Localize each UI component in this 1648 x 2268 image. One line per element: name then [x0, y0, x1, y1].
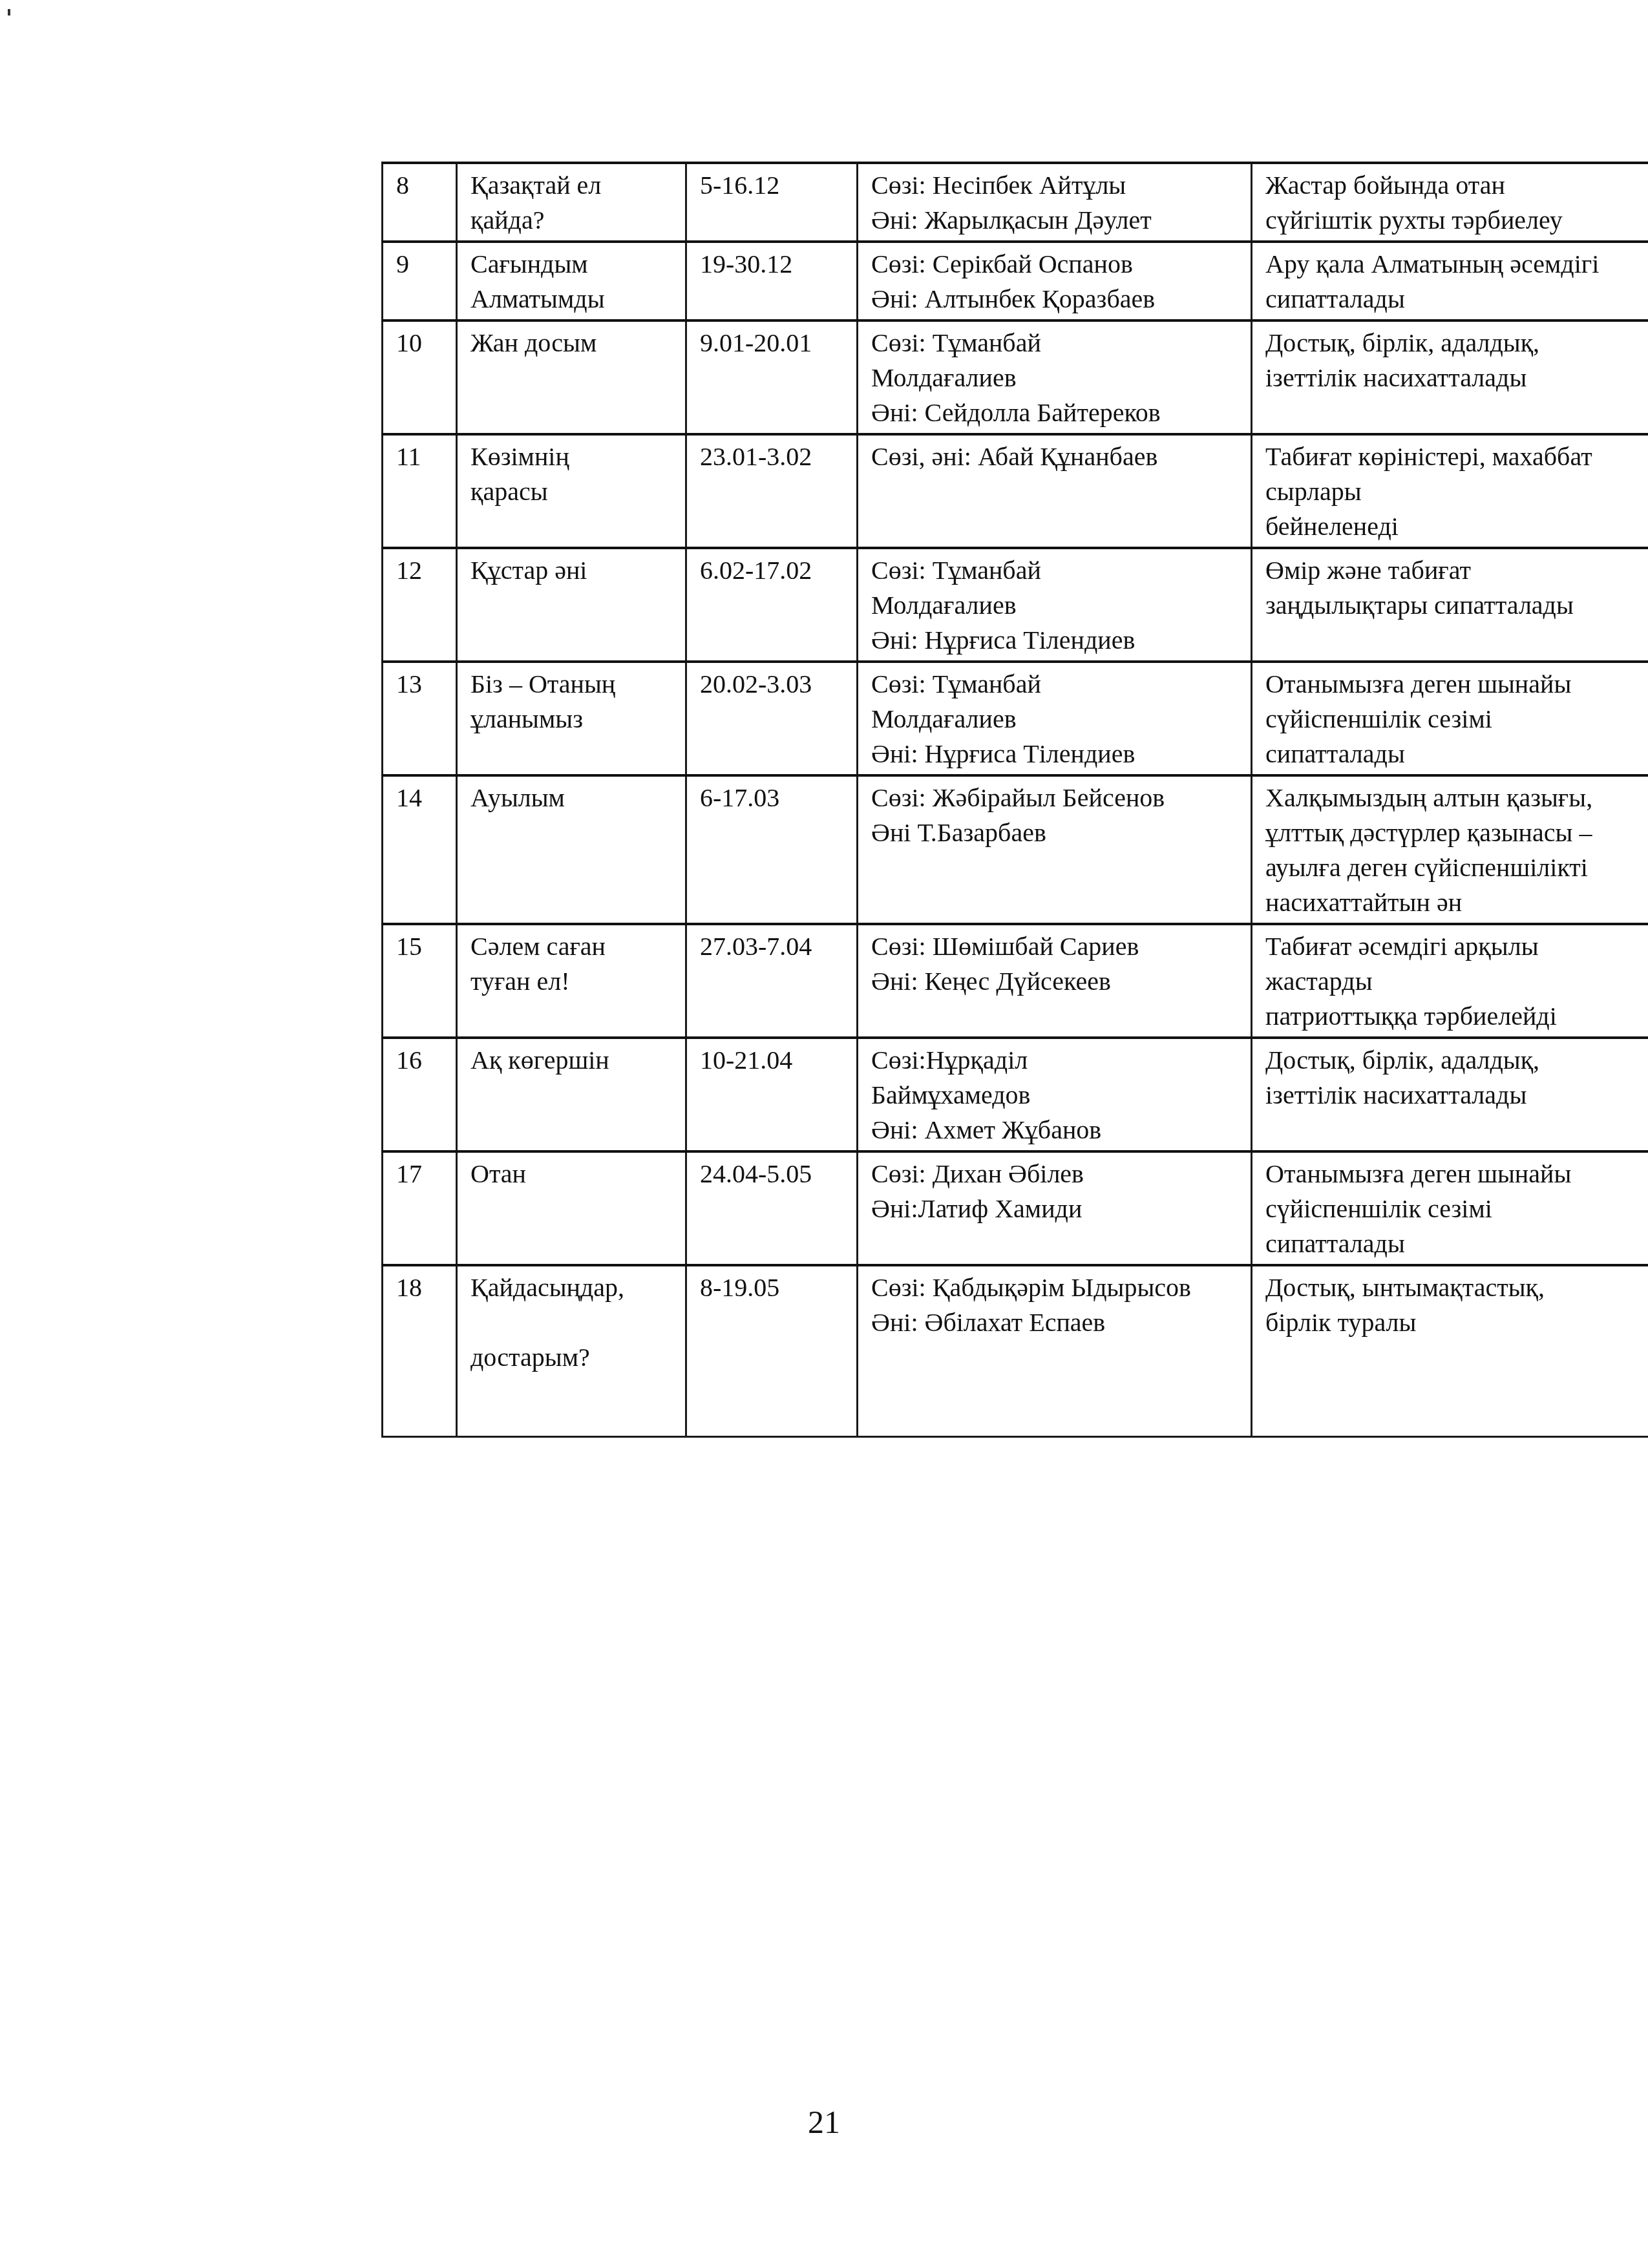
- song-authors-cell: Сөзі: Тұманбай Молдағалиев Әні: Нұрғиса …: [858, 548, 1252, 662]
- song-description-cell: Достық, ынтымақтастық, бірлік туралы: [1252, 1265, 1648, 1436]
- song-title-cell: Қазақтай ел қайда?: [457, 163, 686, 242]
- song-authors-cell: Сөзі: Қабдықәрім Ыдырысов Әні: Әбілахат …: [858, 1265, 1252, 1436]
- song-title-cell: Жан досым: [457, 320, 686, 434]
- table-row: 10Жан досым9.01-20.01Сөзі: Тұманбай Молд…: [383, 320, 1648, 434]
- row-number-cell: 9: [383, 242, 457, 320]
- song-authors-cell: Сөзі: Несіпбек Айтұлы Әні: Жарылқасын Дә…: [858, 163, 1252, 242]
- row-number-cell: 16: [383, 1038, 457, 1151]
- table-row: 8Қазақтай ел қайда?5-16.12Сөзі: Несіпбек…: [383, 163, 1648, 242]
- song-description-cell: Достық, бірлік, адалдық, ізеттілік насих…: [1252, 320, 1648, 434]
- row-number-cell: 17: [383, 1151, 457, 1265]
- song-authors-cell: Сөзі: Серікбай Оспанов Әні: Алтынбек Қор…: [858, 242, 1252, 320]
- song-description-cell: Отанымызға деген шынайы сүйіспеншілік се…: [1252, 662, 1648, 775]
- row-number-cell: 8: [383, 163, 457, 242]
- song-authors-cell: Сөзі: Шөмішбай Сариев Әні: Кеңес Дүйсеке…: [858, 924, 1252, 1038]
- song-description-cell: Табиғат әсемдігі арқылы жастарды патриот…: [1252, 924, 1648, 1038]
- song-description-cell: Ару қала Алматының әсемдігі сипатталады: [1252, 242, 1648, 320]
- table-row: 17Отан24.04-5.05Сөзі: Дихан Әбілев Әні:Л…: [383, 1151, 1648, 1265]
- song-title-cell: Ақ көгершін: [457, 1038, 686, 1151]
- song-title-cell: Сәлем саған туған ел!: [457, 924, 686, 1038]
- song-authors-cell: Сөзі, әні: Абай Құнанбаев: [858, 434, 1252, 548]
- song-authors-cell: Сөзі: Дихан Әбілев Әні:Латиф Хамиди: [858, 1151, 1252, 1265]
- song-description-cell: Өмір және табиғат заңдылықтары сипаттала…: [1252, 548, 1648, 662]
- row-number-cell: 15: [383, 924, 457, 1038]
- song-title-cell: Ауылым: [457, 775, 686, 924]
- table-row: 16Ақ көгершін10-21.04Сөзі:Нұрқаділ Баймұ…: [383, 1038, 1648, 1151]
- song-title-cell: Біз – Отаның ұланымыз: [457, 662, 686, 775]
- date-range-cell: 10-21.04: [686, 1038, 858, 1151]
- song-description-cell: Табиғат көріністері, махаббат сырлары бе…: [1252, 434, 1648, 548]
- table-row: 11Көзімнің қарасы23.01-3.02Сөзі, әні: Аб…: [383, 434, 1648, 548]
- row-number-cell: 10: [383, 320, 457, 434]
- song-title-cell: Отан: [457, 1151, 686, 1265]
- table-row: 18Қайдасыңдар, достарым?8-19.05Сөзі: Қаб…: [383, 1265, 1648, 1436]
- row-number-cell: 11: [383, 434, 457, 548]
- songs-schedule-table-wrapper: 8Қазақтай ел қайда?5-16.12Сөзі: Несіпбек…: [381, 162, 1648, 1438]
- date-range-cell: 8-19.05: [686, 1265, 858, 1436]
- date-range-cell: 6.02-17.02: [686, 548, 858, 662]
- songs-schedule-table: 8Қазақтай ел қайда?5-16.12Сөзі: Несіпбек…: [381, 162, 1648, 1438]
- song-title-cell: Құстар әні: [457, 548, 686, 662]
- date-range-cell: 6-17.03: [686, 775, 858, 924]
- date-range-cell: 20.02-3.03: [686, 662, 858, 775]
- song-description-cell: Достық, бірлік, адалдық, ізеттілік насих…: [1252, 1038, 1648, 1151]
- song-authors-cell: Сөзі: Тұманбай Молдағалиев Әні: Сейдолла…: [858, 320, 1252, 434]
- date-range-cell: 19-30.12: [686, 242, 858, 320]
- table-row: 12Құстар әні6.02-17.02Сөзі: Тұманбай Мол…: [383, 548, 1648, 662]
- song-title-cell: Сағындым Алматымды: [457, 242, 686, 320]
- row-number-cell: 12: [383, 548, 457, 662]
- song-authors-cell: Сөзі: Жәбірайыл Бейсенов Әні Т.Базарбаев: [858, 775, 1252, 924]
- table-body: 8Қазақтай ел қайда?5-16.12Сөзі: Несіпбек…: [383, 163, 1648, 1436]
- song-description-cell: Отанымызға деген шынайы сүйіспеншілік се…: [1252, 1151, 1648, 1265]
- song-title-cell: Көзімнің қарасы: [457, 434, 686, 548]
- date-range-cell: 24.04-5.05: [686, 1151, 858, 1265]
- scan-artifact: [8, 9, 10, 16]
- date-range-cell: 23.01-3.02: [686, 434, 858, 548]
- page-number: 21: [0, 2103, 1648, 2141]
- table-row: 14Ауылым6-17.03Сөзі: Жәбірайыл Бейсенов …: [383, 775, 1648, 924]
- row-number-cell: 14: [383, 775, 457, 924]
- table-row: 15Сәлем саған туған ел!27.03-7.04Сөзі: Ш…: [383, 924, 1648, 1038]
- table-row: 9Сағындым Алматымды19-30.12Сөзі: Серікба…: [383, 242, 1648, 320]
- date-range-cell: 27.03-7.04: [686, 924, 858, 1038]
- row-number-cell: 13: [383, 662, 457, 775]
- song-authors-cell: Сөзі: Тұманбай Молдағалиев Әні: Нұрғиса …: [858, 662, 1252, 775]
- song-description-cell: Жастар бойында отан сүйгіштік рухты тәрб…: [1252, 163, 1648, 242]
- song-authors-cell: Сөзі:Нұрқаділ Баймұхамедов Әні: Ахмет Жұ…: [858, 1038, 1252, 1151]
- date-range-cell: 5-16.12: [686, 163, 858, 242]
- row-number-cell: 18: [383, 1265, 457, 1436]
- table-row: 13Біз – Отаның ұланымыз20.02-3.03Сөзі: Т…: [383, 662, 1648, 775]
- song-title-cell: Қайдасыңдар, достарым?: [457, 1265, 686, 1436]
- date-range-cell: 9.01-20.01: [686, 320, 858, 434]
- song-description-cell: Халқымыздың алтын қазығы, ұлттық дәстүрл…: [1252, 775, 1648, 924]
